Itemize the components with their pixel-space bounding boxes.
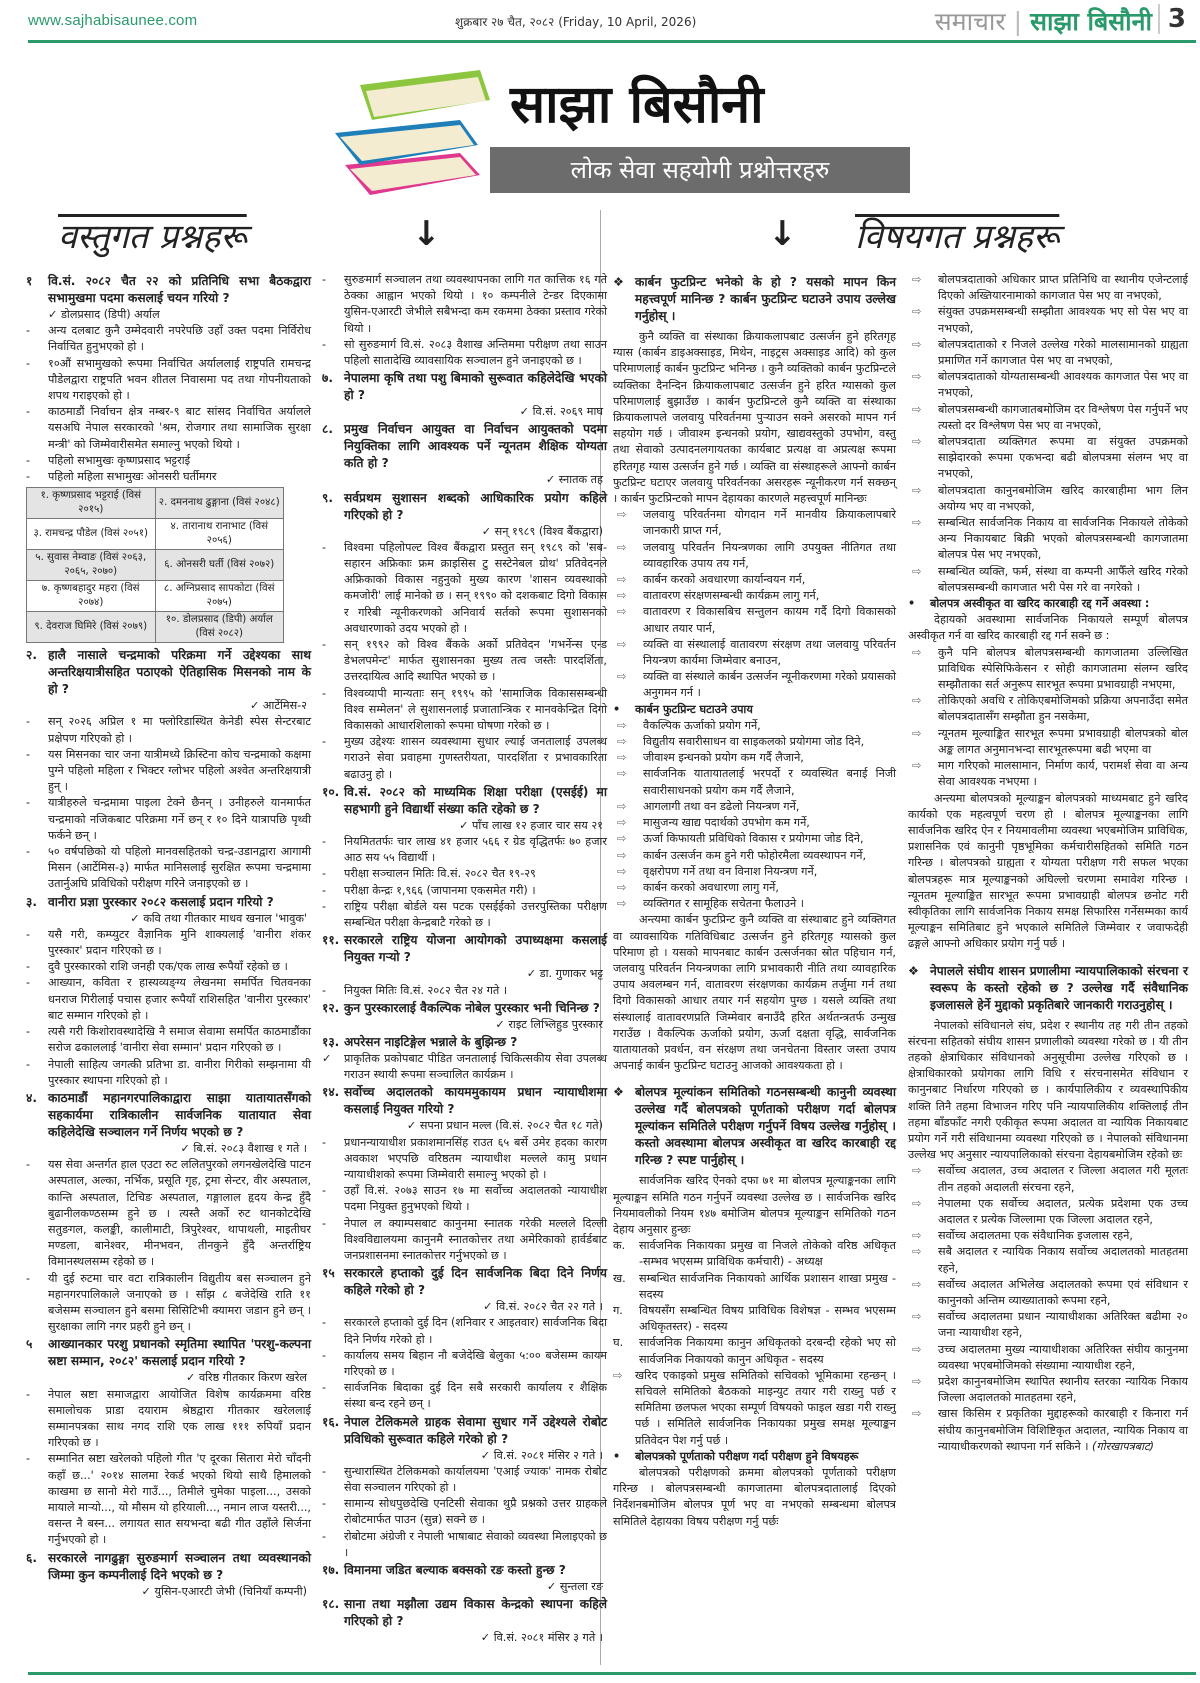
list-item: ⇨कार्बन उत्सर्जन कम हुने गरी फोहोरमैला व… — [613, 848, 896, 864]
list-item: -सुरुङमार्ग सञ्चालन तथा व्यवस्थापनका लाग… — [322, 272, 607, 337]
answer-5: वरिष्ठ गीतकार किरण खरेल — [26, 1370, 311, 1386]
text: प्राकृतिक प्रकोपबाट पीडित जनतालाई चिकित्… — [344, 1051, 607, 1083]
text-block: ⇨ — [613, 1368, 635, 1449]
text: ख. — [613, 1271, 639, 1303]
list-item: -नेपाल ल क्याम्पसबाट कानुनमा स्नातक गरेक… — [322, 1216, 607, 1265]
text: सम्मानित स्रष्टा खरेलको पहिलो गीत 'ए दूर… — [48, 1451, 311, 1548]
list-item: ⇨संयुक्त उपक्रमसम्बन्धी सम्झौता आवश्यक भ… — [908, 304, 1188, 336]
text-block: ⇨ — [912, 369, 938, 401]
text-block: ✓ — [322, 1051, 344, 1083]
text: जलवायु परिवर्तनमा योगदान गर्ने मानवीय क्… — [643, 507, 896, 539]
text: सन् २०२६ अप्रिल १ मा फ्लोरिडास्थित केनेड… — [48, 714, 311, 746]
text: विषयसँग सम्बन्धित विषय प्राविधिक विशेषज्… — [639, 1303, 896, 1335]
text: सुन्धारास्थित टेलिकमको कार्यालयमा 'एआई ज… — [344, 1464, 607, 1496]
text: पहिलो सभामुखः कृष्णप्रसाद भट्टराई — [48, 453, 311, 469]
brand-label: साझा बिसौनी — [1030, 7, 1152, 36]
text: सर्वोच्च अदालतमा एक संवैधानिक इजलास रहने… — [938, 1228, 1188, 1244]
answer-11: डा. गुणाकर भट्ट — [322, 966, 607, 982]
text-block: - — [322, 1315, 344, 1347]
text-block: - — [322, 1496, 344, 1528]
speakers-table: १. कृष्णप्रसाद भट्टराई (विसं २०१५)२. दमन… — [26, 487, 284, 643]
text-block: - — [26, 1271, 48, 1336]
question-7: ७.नेपालमा कृषि तथा पशु बिमाको सुरूवात कह… — [322, 370, 607, 404]
list-item: ⇨कुनै पनि बोलपत्र बोलपत्रसम्बन्धी कागजात… — [908, 645, 1188, 694]
list-item: ⇨कार्बन करको अवधारणा लागु गर्ने, — [613, 880, 896, 896]
text-block: - — [26, 469, 48, 485]
text: विद्युतीय सवारीसाधन वा साइकलको प्रयोगमा … — [643, 734, 896, 750]
text-block: - — [322, 1380, 344, 1412]
text: नेपाल ल क्याम्पसबाट कानुनमा स्नातक गरेकी… — [344, 1216, 607, 1265]
question-14: १४.सर्वोच्च अदालतको कायममुकायम प्रधान न्… — [322, 1084, 607, 1118]
list-item: -पहिलो सभामुखः कृष्णप्रसाद भट्टराई — [26, 453, 311, 469]
text: सर्वोच्च अदालत अभिलेख अदालतको रूपमा एवं … — [938, 1277, 1188, 1309]
text: ४. तारानाथ रानाभाट (विसं २०५६) — [155, 519, 284, 550]
text: देहायको अवस्थामा सार्वजनिक निकायले सम्पू… — [908, 612, 1188, 644]
text: व्यक्ति वा संस्थाले कार्बन उत्सर्जन न्यू… — [643, 669, 896, 701]
list-item: ⇨ऊर्जा किफायती प्रविधिको विकास र प्रयोगम… — [613, 831, 896, 847]
text-block: - — [26, 747, 48, 796]
text: विश्वमा पहिलोपल्ट विश्व बैंकद्वारा प्रस्… — [344, 540, 607, 637]
text: अपरेसन नाइटिङ्गेल भन्नाले के बुझिन्छ ? — [344, 1034, 607, 1051]
text-block: ⇨ — [912, 272, 938, 304]
text: परीक्षा केन्द्रः १,९६६ (जापानमा एकसमेत ग… — [344, 883, 607, 899]
text-block: ⇨ — [912, 726, 938, 758]
text: राष्ट्रिय परीक्षा बोर्डले यस पटक एसईईको … — [344, 899, 607, 931]
list-item: -त्यसै गरी किशोरावस्थादेखि नै समाज सेवाम… — [26, 1024, 311, 1056]
text: बोलपत्रदाता व्यक्तिगत रूपमा वा संयुक्त उ… — [938, 434, 1188, 483]
list-item: -नेपाल स्रष्टा समाजद्वारा आयोजित विशेष क… — [26, 1387, 311, 1452]
list-item: ⇨जलवायु परिवर्तनमा योगदान गर्ने मानवीय क… — [613, 507, 896, 539]
list-item: ⇨खरिद एकाइको प्रमुख समितिको सचिवको भूमिक… — [613, 1368, 896, 1449]
text: आख्यान, कविता र हास्यव्यङ्ग्य लेखनमा समर… — [48, 975, 311, 1024]
text: कार्बन करको अवधारणा लागु गर्ने, — [643, 880, 896, 896]
list-item: -सामान्य सोधपुछदेखि एनटिसी सेवाका थुप्रै… — [322, 1496, 607, 1528]
text: मासुजन्य खाद्य पदार्थको उपभोग कम गर्ने, — [643, 815, 896, 831]
text: व्यक्ति वा संस्थालाई वातावरण संरक्षण तथा… — [643, 637, 896, 669]
text-block: ७. कृष्णबहादुर महरा (विसं २०७४)८. अग्निप… — [27, 581, 284, 612]
text: बोलपत्रदाताको योग्यतासम्बन्धी आवश्यक काग… — [938, 369, 1188, 401]
list-item: ⇨बोलपत्रदाता व्यक्तिगत रूपमा वा संयुक्त … — [908, 434, 1188, 483]
list-item: -कार्यालय समय बिहान नौ बजेदेखि बेलुका ५:… — [322, 1348, 607, 1380]
question-6: ६.सरकारले नागढुङ्गा सुरुङमार्ग सञ्चालन त… — [26, 1550, 311, 1584]
text: नेपालले संघीय शासन प्रणालीमा न्यायपालिका… — [930, 963, 1188, 1014]
text-block: - — [322, 337, 344, 369]
text-block: ⇨ — [617, 588, 643, 604]
text-block: • — [908, 596, 930, 612]
text: अन्य दलबाट कुनै उम्मेदवारी नपरेपछि उहाँ … — [48, 323, 311, 355]
text: सुरुङमार्ग सञ्चालन तथा व्यवस्थापनका लागि… — [344, 272, 607, 337]
text-block: - — [322, 1135, 344, 1184]
text: ग. — [613, 1303, 639, 1335]
list-item: -अन्य दलबाट कुनै उम्मेदवारी नपरेपछि उहाँ… — [26, 323, 311, 355]
subjective-heading: विषयगत प्रश्नहरू — [855, 212, 1059, 258]
text-block: ५. सुवास नेम्वाङ (विसं २०६३, २०६५, २०७०)… — [27, 550, 284, 581]
text: कार्बन फुटप्रिन्ट भनेको के हो ? यसको माप… — [635, 274, 896, 325]
page-number: 3 — [1158, 4, 1186, 34]
text: नेपाल स्रष्टा समाजद्वारा आयोजित विशेष का… — [48, 1387, 311, 1452]
answer-8: स्नातक तह — [322, 472, 607, 488]
text-block: ⇨ — [617, 831, 643, 847]
text: वैकल्पिक ऊर्जाको प्रयोग गर्ने, — [643, 718, 896, 734]
text: बोलपत्रको परीक्षणको क्रममा बोलपत्रको पूर… — [613, 1465, 896, 1530]
list-item: -मुख्य उद्देश्यः शासन व्यवस्थामा सुधार ल… — [322, 734, 607, 783]
answer-2: आर्टेमिस-२ — [26, 698, 311, 714]
text: ३. रामचन्द्र पौडेल (विसं २०५१) — [27, 519, 156, 550]
list-item: ⇨व्यक्ति वा संस्थालाई वातावरण संरक्षण तथ… — [613, 637, 896, 669]
text-block: - — [322, 834, 344, 866]
text-block: ⇨ — [912, 564, 938, 596]
answer-10: पाँच लाख १२ हजार चार सय २१ — [322, 818, 607, 834]
section-brand: समाचार|साझा बिसौनी — [935, 4, 1152, 38]
text: नेपाली साहित्य जगत्की प्रतिभा डा. वानीरा… — [48, 1057, 311, 1089]
text: रोबोटमा अंग्रेजी र नेपाली भाषाबाट सेवाको… — [344, 1529, 607, 1561]
question-11: ११.सरकारले राष्ट्रिय योजना आयोगको उपाध्य… — [322, 932, 607, 966]
text: २. दमननाथ ढुङ्गाना (विसं २०४८) — [155, 488, 284, 519]
text: सम्बन्धित सार्वजनिक निकायको आर्थिक प्रशा… — [639, 1271, 896, 1303]
question-15: १५सरकारले हप्ताको दुई दिन सार्वजनिक बिदा… — [322, 1265, 607, 1299]
text-block: ⇨ — [912, 402, 938, 434]
text-block: - — [322, 883, 344, 899]
text: न्यूनतम मूल्याङ्कित सारभूत रूपमा प्रभावग… — [938, 726, 1188, 758]
answer-1: ✓ डोलप्रसाद (डिपी) अर्याल — [26, 307, 311, 323]
text-block: ⇨ — [912, 1196, 938, 1228]
text: सबै अदालत र न्यायिक निकाय सर्वोच्च अदालत… — [938, 1244, 1188, 1276]
text-block: ⇨ — [617, 540, 643, 572]
text: बोलपत्रदाताको र निजले उल्लेख गरेको मालसा… — [938, 337, 1188, 369]
text-block: •बोलपत्रको पूर्णताको परीक्षण गर्दा परीक्… — [613, 1449, 896, 1465]
text: हालै नासाले चन्द्रमाको परिक्रमा गर्ने उद… — [48, 647, 311, 698]
text-block: - — [322, 983, 344, 999]
text-block: - — [26, 1057, 48, 1089]
text: वानीरा प्रज्ञा पुरस्कार २०८२ कसलाई प्रदा… — [48, 894, 311, 911]
question-2: २.हालै नासाले चन्द्रमाको परिक्रमा गर्ने … — [26, 647, 311, 698]
question-17: १७.विमानमा जडित बल्याक बक्सको रङ कस्तो ह… — [322, 1562, 607, 1579]
text-block: ⇨ — [617, 848, 643, 864]
question-16: १६.नेपाल टेलिकमले ग्राहक सेवामा सुधार गर… — [322, 1414, 607, 1448]
list-item: -सुन्धारास्थित टेलिकमको कार्यालयमा 'एआई … — [322, 1464, 607, 1496]
text-block: ⇨ — [912, 1342, 938, 1374]
text: पहिलो महिला सभामुखः ओनसरी घर्तीमगर — [48, 469, 311, 485]
masthead-title: साझा बिसौनी — [510, 67, 764, 138]
text-block: • — [613, 1449, 635, 1465]
list-item: -राष्ट्रिय परीक्षा बोर्डले यस पटक एसईईको… — [322, 899, 607, 931]
list-item: ⇨सर्वोच्च अदालतमा एक संवैधानिक इजलास रहन… — [908, 1228, 1188, 1244]
text: त्यसै गरी किशोरावस्थादेखि नै समाज सेवामा… — [48, 1024, 311, 1056]
text-block: - — [26, 404, 48, 453]
text-block: - — [322, 1464, 344, 1496]
text: १८. — [322, 1596, 344, 1630]
text: १०. डोलप्रसाद (डिपी) अर्याल (विसं २०८२) — [155, 612, 284, 643]
text-block: - — [322, 1529, 344, 1561]
question-9: ९.सर्वप्रथम सुशासन शब्दको आधिकारिक प्रयो… — [322, 490, 607, 524]
list-item: ⇨न्यूनतम मूल्याङ्कित सारभूत रूपमा प्रभाव… — [908, 726, 1188, 758]
subjective-column-2: ⇨बोलपत्रदाताको अधिकार प्राप्त प्रतिनिधि … — [908, 272, 1188, 1455]
text: कार्बन फुटप्रिन्ट घटाउने उपाय — [635, 702, 753, 718]
text: अन्त्यमा कार्बन फुटप्रिन्ट कुनै व्यक्ति … — [613, 912, 896, 1074]
text: सार्वजनिक खरिद ऐनको दफा ७१ मा बोलपत्र मू… — [613, 1173, 896, 1238]
list-item: -परीक्षा केन्द्रः १,९६६ (जापानमा एकसमेत … — [322, 883, 607, 899]
list-item: -पहिलो महिला सभामुखः ओनसरी घर्तीमगर — [26, 469, 311, 485]
text: ७. कृष्णबहादुर महरा (विसं २०७४) — [27, 581, 156, 612]
list-item: -विश्वव्यापी मान्यताः सन् १९९५ को 'सामाज… — [322, 686, 607, 735]
text: विषयगत प्रश्नहरू — [855, 217, 1059, 257]
text: यसै गरी, कम्प्युटर वैज्ञानिक मुनि शाक्यल… — [48, 927, 311, 959]
list-item: -प्रधानन्यायाधीश प्रकाशमानसिंह राउत ६५ ब… — [322, 1135, 607, 1184]
answer-18: वि.सं. २०८१ मंसिर ३ गते । — [322, 1630, 607, 1646]
answer-3: कवि तथा गीतकार माधव खनाल 'भावुक' — [26, 911, 311, 927]
text-block: - — [322, 540, 344, 637]
list-item: -सम्मानित स्रष्टा खरेलको पहिलो गीत 'ए दू… — [26, 1451, 311, 1548]
list-item: ⇨वृक्षरोपण गर्ने तथा वन विनाश नियन्त्रण … — [613, 864, 896, 880]
text-block: - — [322, 1183, 344, 1215]
list-item: -नियुक्त मितिः वि.सं. २०८२ चैत २४ गते । — [322, 983, 607, 999]
text: ६. ओनसरी घर्ती (विसं २०७२) — [155, 550, 284, 581]
text: डोलप्रसाद (डिपी) अर्याल — [61, 308, 160, 321]
list-item: ⇨बोलपत्रदाताको योग्यतासम्बन्धी आवश्यक का… — [908, 369, 1188, 401]
text: सर्वोच्च अदालतमा प्रधान न्यायाधीशका अतिर… — [938, 1309, 1188, 1341]
source-credit: (गोरखापत्रबाट) — [1092, 1440, 1154, 1453]
text: ३. — [26, 894, 48, 911]
text-block: ग.विषयसँग सम्बन्धित विषय प्राविधिक विशेष… — [613, 1303, 896, 1335]
list-item: ⇨प्रदेश कानुनबमोजिम स्थापित स्थानीय स्तर… — [908, 1374, 1188, 1406]
text: विमानमा जडित बल्याक बक्सको रङ कस्तो हुन्… — [344, 1562, 607, 1579]
text: सन् १९९२ को विश्व बैंकके अर्को प्रतिवेदन… — [344, 637, 607, 686]
list-item: ⇨जीवाश्म इन्धनको प्रयोग कम गर्दै लैजाने, — [613, 750, 896, 766]
list-item: -काठमाडौं निर्वाचन क्षेत्र नम्बर-९ बाट स… — [26, 404, 311, 453]
text-block: ⇨ — [617, 734, 643, 750]
text: संयुक्त उपक्रमसम्बन्धी सम्झौता आवश्यक भए… — [938, 304, 1188, 336]
list-item: -सन् १९९२ को विश्व बैंकके अर्को प्रतिवेद… — [322, 637, 607, 686]
website-link[interactable]: www.sajhabisaunee.com — [28, 12, 197, 29]
masthead: साझा बिसौनी लोक सेवा सहयोगी प्रश्नोत्तरह… — [310, 55, 910, 205]
text: सार्वजनिक निकायमा कानुन अधिकृतको दरबन्दी… — [639, 1335, 896, 1367]
text: सामान्य सोधपुछदेखि एनटिसी सेवाका थुप्रै … — [344, 1496, 607, 1528]
list-item: ⇨सम्बन्धित सार्वजनिक निकाय वा सार्वजनिक … — [908, 515, 1188, 564]
question-10: १०.वि.सं. २०८२ को माध्यमिक शिक्षा परीक्ष… — [322, 784, 607, 818]
text: माग गरिएको मालसामान, निर्माण कार्य, पराम… — [938, 758, 1188, 790]
text-block: ⇨ — [617, 718, 643, 734]
text: सर्वोच्च अदालत, उच्च अदालत र जिल्ला अदाल… — [938, 1163, 1188, 1195]
text: कार्बन उत्सर्जन कम हुने गरी फोहोरमैला व्… — [643, 848, 896, 864]
page-header: www.sajhabisaunee.com शुक्रबार २७ चैत, २… — [0, 0, 1200, 42]
list-item: -उहाँ वि.सं. २०७३ साउन १७ मा सर्वोच्च अद… — [322, 1183, 607, 1215]
text: नियमिततर्फः चार लाख ४१ हजार ५६६ र ग्रेड … — [344, 834, 607, 866]
list-item: -यस मिसनका चार जना यात्रीमध्ये क्रिस्टिन… — [26, 747, 311, 796]
text: ५ — [26, 1336, 48, 1370]
text: काठमाडौं महानगरपालिकाद्वारा साझा यातायात… — [48, 1090, 311, 1141]
question-3: ३.वानीरा प्रज्ञा पुरस्कार २०८२ कसलाई प्र… — [26, 894, 311, 911]
text-block: खास किसिम र प्रकृतिका मुद्दाहरूको कारबाह… — [938, 1406, 1188, 1455]
question-8: ८.प्रमुख निर्वाचन आयुक्त वा निर्वाचन आयु… — [322, 421, 607, 472]
list-item: ⇨व्यक्तिगत र सामूहिक सचेतना फैलाउने । — [613, 896, 896, 912]
list-item: ⇨सार्वजनिक यातायातलाई भरपर्दो र व्यवस्थि… — [613, 766, 896, 798]
text: १ — [26, 273, 48, 307]
list-item: -सन् २०२६ अप्रिल १ मा फ्लोरिडास्थित केने… — [26, 714, 311, 746]
text-block: - — [322, 866, 344, 882]
text: सार्वजनिक निकायका प्रमुख वा निजले तोकेको… — [639, 1238, 896, 1270]
down-arrow-icon: ↓ — [768, 214, 797, 254]
text: परीक्षा सञ्चालन मितिः वि.सं. २०८२ चैत १९… — [344, 866, 607, 882]
text: ११. — [322, 932, 344, 966]
text-block: - — [26, 356, 48, 405]
answer-6: युसिन-एआरटी जेभी (चिनियाँ कम्पनी) — [26, 1584, 311, 1600]
text: सर्वप्रथम सुशासन शब्दको आधिकारिक प्रयोग … — [344, 490, 607, 524]
list-item: -यात्रीहरुले चन्द्रमामा पाइला टेक्ने छैन… — [26, 795, 311, 844]
text-block: - — [26, 927, 48, 959]
text: बोलपत्रको पूर्णताको परीक्षण गर्दा परीक्ष… — [635, 1449, 858, 1465]
text-block: ⇨ — [617, 669, 643, 701]
header-divider — [28, 40, 1196, 43]
text-block: ⇨ — [912, 1244, 938, 1276]
text-block: ९. देवराज घिमिरे (विसं २०७९)१०. डोलप्रसा… — [27, 612, 284, 643]
text-block: ❖ — [613, 1084, 635, 1169]
text-block: - — [26, 1157, 48, 1270]
text-block: ⇨ — [912, 337, 938, 369]
text-block: ⇨ — [617, 880, 643, 896]
text: २. — [26, 647, 48, 698]
text-block: •बोलपत्र अस्वीकृत वा खरिद कारबाही रद्द ग… — [908, 596, 1188, 612]
text: घ. — [613, 1335, 639, 1367]
text: सम्बन्धित व्यक्ति, फर्म, संस्था वा कम्पन… — [938, 564, 1188, 596]
text: सरकारले राष्ट्रिय योजना आयोगको उपाध्यक्ष… — [344, 932, 607, 966]
text: सरकारले नागढुङ्गा सुरुङमार्ग सञ्चालन तथा… — [48, 1550, 311, 1584]
text-block: - — [322, 686, 344, 735]
objective-column-2: -सुरुङमार्ग सञ्चालन तथा व्यवस्थापनका लाग… — [322, 272, 607, 1646]
text-block: - — [26, 453, 48, 469]
text: वृक्षरोपण गर्ने तथा वन विनाश नियन्त्रण ग… — [643, 864, 896, 880]
text-block: १. कृष्णप्रसाद भट्टराई (विसं २०१५)२. दमन… — [27, 488, 284, 519]
text: यात्रीहरुले चन्द्रमामा पाइला टेक्ने छैनन… — [48, 795, 311, 844]
text: प्रदेश कानुनबमोजिम स्थापित स्थानीय स्तरक… — [938, 1374, 1188, 1406]
text: १०औं सभामुखको रूपमा निर्वाचित अर्याललाई … — [48, 356, 311, 405]
text: प्रधानन्यायाधीश प्रकाशमानसिंह राउत ६५ बर… — [344, 1135, 607, 1184]
text-block: - — [26, 959, 48, 975]
list-item: ⇨नेपालमा एक सर्वोच्च अदालत, प्रत्येक प्र… — [908, 1196, 1188, 1228]
text-block: •कार्बन फुटप्रिन्ट घटाउने उपाय — [613, 702, 896, 718]
text-block: ⇨ — [617, 604, 643, 636]
text-block: ⇨ — [617, 750, 643, 766]
text-block: ⇨ — [912, 645, 938, 694]
text: वस्तुगत प्रश्नहरू — [58, 217, 247, 257]
text: अन्त्यमा बोलपत्रको मूल्याङ्कन बोलपत्रको … — [908, 791, 1188, 953]
text: नेपालमा एक सर्वोच्च अदालत, प्रत्येक प्रद… — [938, 1196, 1188, 1228]
text: सरकारले हप्ताको दुई दिन (शनिवार र आइतवार… — [344, 1315, 607, 1347]
text-block: ⇨ — [912, 434, 938, 483]
list-item: -१०औं सभामुखको रूपमा निर्वाचित अर्याललाई… — [26, 356, 311, 405]
text: सम्बन्धित सार्वजनिक निकाय वा सार्वजनिक न… — [938, 515, 1188, 564]
text: आगलागी तथा वन डढेलो नियन्त्रण गर्ने, — [643, 799, 896, 815]
list-item: ⇨वातावरण र विकासबिच सन्तुलन कायम गर्दै द… — [613, 604, 896, 636]
text-block: - — [26, 844, 48, 893]
long-question-3: ❖नेपालले संघीय शासन प्रणालीमा न्यायपालिक… — [908, 963, 1188, 1014]
text-block: ⇨ — [912, 1374, 938, 1406]
masthead-subtitle: लोक सेवा सहयोगी प्रश्नोत्तरहरु — [490, 147, 910, 193]
list-item: -५० वर्षपछिको यो पहिलो मानवसहितको चन्द्र… — [26, 844, 311, 893]
text-block: ⇨ — [617, 572, 643, 588]
footer-divider — [28, 1672, 1196, 1675]
text-block: ⇨ — [912, 1163, 938, 1195]
text: सरकारले हप्ताको दुई दिन सार्वजनिक बिदा द… — [344, 1265, 607, 1299]
text-block: - — [26, 795, 48, 844]
text: बोलपत्रसम्बन्धी कागजातबमोजिम दर विश्लेषण… — [938, 402, 1188, 434]
list-item: -नियमिततर्फः चार लाख ४१ हजार ५६६ र ग्रेड… — [322, 834, 607, 866]
text: वि.सं. २०८२ चैत २२ को प्रतिनिधि सभा बैठक… — [48, 273, 311, 307]
text: कुनै व्यक्ति वा संस्थाका क्रियाकलापबाट उ… — [613, 329, 896, 507]
text: बोलपत्रदाताको अधिकार प्राप्त प्रतिनिधि व… — [938, 272, 1188, 304]
text-block: ⇨ — [617, 815, 643, 831]
text: सो सुरुङमार्ग वि.सं. २०८३ वैशाख अन्तिममा… — [344, 337, 607, 369]
text-block: - — [26, 714, 48, 746]
answer-16: वि.सं. २०८१ मंसिर २ गते । — [322, 1448, 607, 1464]
answer-13: ✓प्राकृतिक प्रकोपबाट पीडित जनतालाई चिकित… — [322, 1051, 607, 1083]
list-item: ⇨विद्युतीय सवारीसाधन वा साइकलको प्रयोगमा… — [613, 734, 896, 750]
question-12: १२.कुन पुरस्कारलाई वैकल्पिक नोबेल पुरस्क… — [322, 1000, 607, 1017]
list-item: ⇨माग गरिएको मालसामान, निर्माण कार्य, परा… — [908, 758, 1188, 790]
question-4: ४.काठमाडौं महानगरपालिकाद्वारा साझा याताय… — [26, 1090, 311, 1141]
list-item: ⇨सबै अदालत र न्यायिक निकाय सर्वोच्च अदाल… — [908, 1244, 1188, 1276]
text-block: क.सार्वजनिक निकायका प्रमुख वा निजले तोके… — [613, 1238, 896, 1270]
list-item: -सार्वजनिक बिदाका दुई दिन सबै सरकारी कार… — [322, 1380, 607, 1412]
answer-4: बि.सं. २०८३ वैशाख १ गते । — [26, 1141, 311, 1157]
list-item: -दुवै पुरस्कारको राशि जनही एक/एक लाख रूप… — [26, 959, 311, 975]
text: यस सेवा अन्तर्गत हाल एउटा रुट ललितपुरको … — [48, 1157, 311, 1270]
text: सर्वोच्च अदालतको कायममुकायम प्रधान न्याय… — [344, 1084, 607, 1118]
subjective-column-1: ❖कार्बन फुटप्रिन्ट भनेको के हो ? यसको मा… — [613, 272, 896, 1530]
question-5: ५आख्यानकार परशु प्रधानको स्मृतिमा स्थापि… — [26, 1336, 311, 1370]
text: प्रमुख निर्वाचन आयुक्त वा निर्वाचन आयुक्… — [344, 421, 607, 472]
text: कुन पुरस्कारलाई वैकल्पिक नोबेल पुरस्कार … — [344, 1000, 607, 1017]
text: १४. — [322, 1084, 344, 1118]
text-block: ⇨ — [617, 766, 643, 798]
list-item: ⇨खास किसिम र प्रकृतिका मुद्दाहरूको कारबा… — [908, 1406, 1188, 1455]
list-item: ⇨बोलपत्रसम्बन्धी कागजातबमोजिम दर विश्लेष… — [908, 402, 1188, 434]
text-block: ❖ — [908, 963, 930, 1014]
list-item: -सो सुरुङमार्ग वि.सं. २०८३ वैशाख अन्तिमम… — [322, 337, 607, 369]
question-13: १३.अपरेसन नाइटिङ्गेल भन्नाले के बुझिन्छ … — [322, 1034, 607, 1051]
text-block: - — [26, 1387, 48, 1452]
list-item: ⇨सर्वोच्च अदालत, उच्च अदालत र जिल्ला अदा… — [908, 1163, 1188, 1195]
text: नियुक्त मितिः वि.सं. २०८२ चैत २४ गते । — [344, 983, 607, 999]
text-block: ⇨ — [617, 799, 643, 815]
text: दुवै पुरस्कारको राशि जनही एक/एक लाख रूपै… — [48, 959, 311, 975]
text: जीवाश्म इन्धनको प्रयोग कम गर्दै लैजाने, — [643, 750, 896, 766]
text: १३. — [322, 1034, 344, 1051]
text: बोलपत्र अस्वीकृत वा खरिद कारबाही रद्द गर… — [930, 596, 1149, 612]
answer-17: सुन्तला रङ — [322, 1579, 607, 1595]
text-block: ⇨ — [617, 864, 643, 880]
text: १२. — [322, 1000, 344, 1017]
text: ८. अग्निप्रसाद सापकोटा (विसं २०७५) — [155, 581, 284, 612]
list-item: ⇨बोलपत्रदाताको अधिकार प्राप्त प्रतिनिधि … — [908, 272, 1188, 304]
down-arrow-icon: ↓ — [412, 214, 441, 254]
text: नेपालको संविधानले संघ, प्रदेश र स्थानीय … — [908, 1018, 1188, 1164]
text-block: - — [26, 1024, 48, 1056]
text: सार्वजनिक बिदाका दुई दिन सबै सरकारी कार्… — [344, 1380, 607, 1412]
text: ७. — [322, 370, 344, 404]
text: नेपाल टेलिकमले ग्राहक सेवामा सुधार गर्ने… — [344, 1414, 607, 1448]
text: ५० वर्षपछिको यो पहिलो मानवसहितको चन्द्र-… — [48, 844, 311, 893]
text: जलवायु परिवर्तन नियन्त्रणका लागि उपयुक्त… — [643, 540, 896, 572]
text: बोलपत्रदाता कानुनबमोजिम खरिद कारबाहीमा भ… — [938, 483, 1188, 515]
text-block: ⇨ — [912, 758, 938, 790]
text-block: - — [322, 899, 344, 931]
list-item: -रोबोटमा अंग्रेजी र नेपाली भाषाबाट सेवाक… — [322, 1529, 607, 1561]
text-block: ⇨ — [912, 483, 938, 515]
text-block: ❖ — [613, 274, 635, 325]
text: सार्वजनिक यातायातलाई भरपर्दो र व्यवस्थित… — [643, 766, 896, 798]
text: वि.सं. २०८२ को माध्यमिक शिक्षा परीक्षा (… — [344, 784, 607, 818]
text: ६. — [26, 1550, 48, 1584]
